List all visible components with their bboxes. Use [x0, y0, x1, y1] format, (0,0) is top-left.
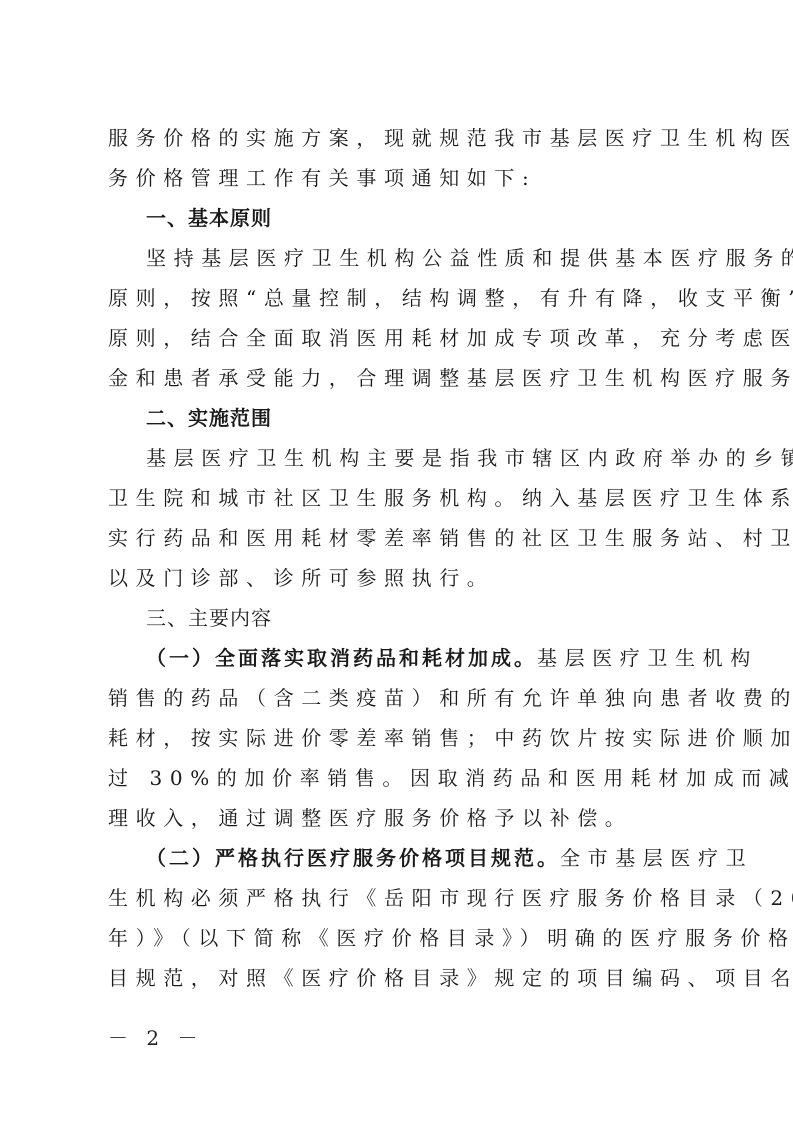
item-2-title: （二）严格执行医疗服务价格项目规范。 — [146, 846, 560, 870]
paragraph-line: 实行药品和医用耗材零差率销售的社区卫生服务站、村卫生室 — [108, 518, 680, 558]
paragraph-line: 基层医疗卫生机构主要是指我市辖区内政府举办的乡镇 — [108, 438, 680, 478]
paragraph-line: 耗材，按实际进价零差率销售；中药饮片按实际进价顺加不超 — [108, 718, 680, 758]
section-heading-scope: 二、实施范围 — [108, 398, 680, 438]
paragraph-line: 金和患者承受能力，合理调整基层医疗卫生机构医疗服务价格。 — [108, 358, 680, 398]
paragraph-line: 服务价格的实施方案，现就规范我市基层医疗卫生机构医疗服 — [108, 118, 680, 158]
paragraph-line: 以及门诊部、诊所可参照执行。 — [108, 558, 680, 598]
paragraph-line: 原则，按照“总量控制，结构调整，有升有降，收支平衡”的 — [108, 278, 680, 318]
item-1-first-line: （一）全面落实取消药品和耗材加成。基层医疗卫生机构 — [108, 638, 680, 678]
page-number: － 2 － — [108, 1022, 203, 1051]
paragraph-line: 目规范，对照《医疗价格目录》规定的项目编码、项目名称、 — [108, 958, 680, 998]
paragraph-line: 过 30%的加价率销售。因取消药品和医用耗材加成而减少的合 — [108, 758, 680, 798]
item-2-first-line: （二）严格执行医疗服务价格项目规范。全市基层医疗卫 — [108, 838, 680, 878]
paragraph-line: 卫生院和城市社区卫生服务机构。纳入基层医疗卫生体系管理 — [108, 478, 680, 518]
section-heading-main-content: 三、主要内容 — [108, 598, 680, 638]
paragraph-line: 销售的药品（含二类疫苗）和所有允许单独向患者收费的医用 — [108, 678, 680, 718]
paragraph-line: 务价格管理工作有关事项通知如下: — [108, 158, 680, 198]
section-heading-basic-principles: 一、基本原则 — [108, 198, 680, 238]
document-body: 服务价格的实施方案，现就规范我市基层医疗卫生机构医疗服 务价格管理工作有关事项通… — [108, 118, 680, 998]
document-page: 服务价格的实施方案，现就规范我市基层医疗卫生机构医疗服 务价格管理工作有关事项通… — [0, 0, 793, 1122]
paragraph-line: 坚持基层医疗卫生机构公益性质和提供基本医疗服务的 — [108, 238, 680, 278]
paragraph-line: 生机构必须严格执行《岳阳市现行医疗服务价格目录（2019 — [108, 878, 680, 918]
item-1-title: （一）全面落实取消药品和耗材加成。 — [146, 646, 537, 670]
paragraph-line: 年）》（以下简称《医疗价格目录》）明确的医疗服务价格项 — [108, 918, 680, 958]
item-1-text: 基层医疗卫生机构 — [537, 646, 758, 670]
item-2-text: 全市基层医疗卫 — [560, 846, 753, 870]
paragraph-line: 理收入，通过调整医疗服务价格予以补偿。 — [108, 798, 680, 838]
paragraph-line: 原则，结合全面取消医用耗材加成专项改革，充分考虑医保基 — [108, 318, 680, 358]
